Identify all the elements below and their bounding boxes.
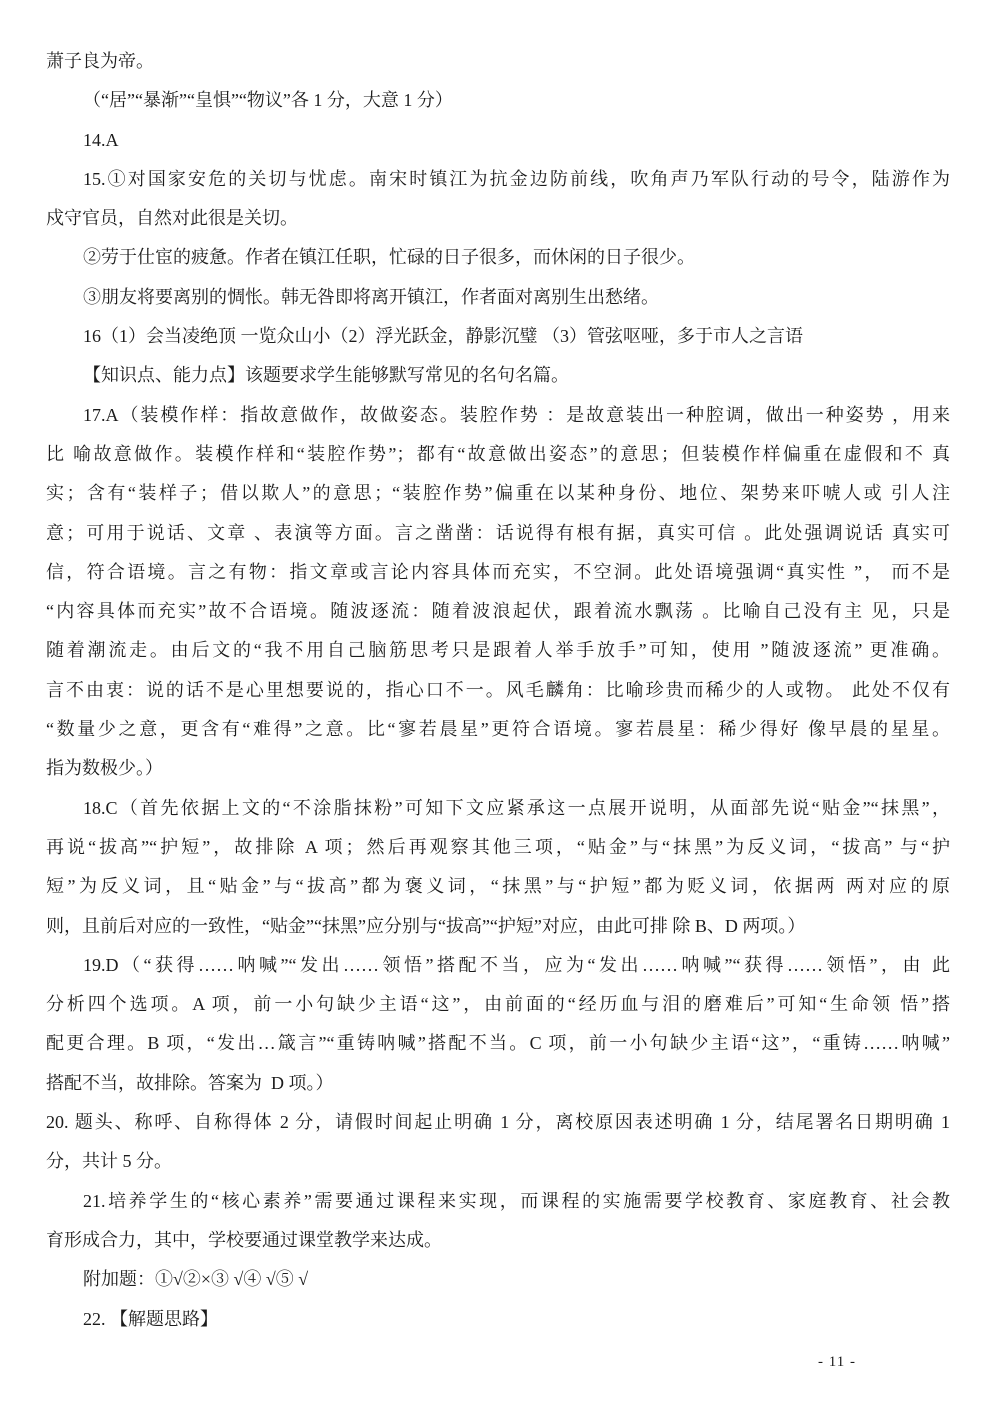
answer-16-knowledge-note-line-1: 【知识点、能力点】该题要求学生能够默写常见的名句名篇。 [46, 356, 950, 395]
answer-17-line-6: “内容具体而充实”故不合语境。随波逐流：随着波浪起伏，跟着流水飘荡 。比喻自己没… [46, 592, 950, 631]
page-number: - 11 - [818, 1352, 856, 1372]
answer-14-line-1: 14.A [46, 121, 950, 160]
answer-20-line-1: 20. 题头、称呼、自称得体 2 分，请假时间起止明确 1 分，离校原因表述明确… [46, 1103, 950, 1142]
answer-19-line-1: 19.D（“获得……呐喊”“发出……领悟”搭配不当，应为“发出……呐喊”“获得…… [46, 946, 950, 985]
answer-18-line-4: 则，且前后对应的一致性，“贴金”“抹黑”应分别与“拔高”“护短”对应，由此可排 … [46, 907, 950, 946]
answer-17-line-7: 随着潮流走。由后文的“我不用自己脑筋思考只是跟着人举手放手”可知，使用 ”随波逐… [46, 631, 950, 670]
answer-15-point2-line-1: ②劳于仕宦的疲惫。作者在镇江任职，忙碌的日子很多，而休闲的日子很少。 [46, 238, 950, 277]
answer-21-line-1: 21.培养学生的“核心素养”需要通过课程来实现，而课程的实施需要学校教育、家庭教… [46, 1182, 950, 1221]
document-body: 萧子良为帝。（“居”“暴渐”“皇惧”“物议”各 1 分，大意 1 分）14.A1… [46, 42, 950, 1339]
answer-19-line-2: 分析四个选项。A 项，前一小句缺少主语“这”，由前面的“经历血与泪的磨难后”可知… [46, 985, 950, 1024]
answer-18-line-1: 18.C（首先依据上文的“不涂脂抹粉”可知下文应紧承这一点展开说明，从面部先说“… [46, 789, 950, 828]
answer-15-point1-line-1: 15.①对国家安危的关切与忧虑。南宋时镇江为抗金边防前线，吹角声乃军队行动的号令… [46, 160, 950, 199]
answer-17-line-1: 17.A（装模作样：指故意做作，故做姿态。装腔作势 ：是故意装出一种腔调，做出一… [46, 396, 950, 435]
answer-17-line-9: “数量少之意，更含有“难得”之意。比“寥若晨星”更符合语境。寥若晨星：稀少得好 … [46, 710, 950, 749]
answer-21-line-2: 育形成合力，其中，学校要通过课堂教学来达成。 [46, 1221, 950, 1260]
answer-17-line-5: 信，符合语境。言之有物：指文章或言论内容具体而充实，不空洞。此处语境强调“真实性… [46, 553, 950, 592]
answer-18-line-2: 再说“拔高”“护短”，故排除 A 项；然后再观察其他三项，“贴金”与“抹黑”为反… [46, 828, 950, 867]
answer-19-line-4: 搭配不当，故排除。答案为 D 项。） [46, 1064, 950, 1103]
answer-17-line-2: 比 喻故意做作。装模作样和“装腔作势”；都有“故意做出姿态”的意思；但装模作样偏… [46, 435, 950, 474]
answer-17-line-3: 实；含有“装样子；借以欺人”的意思；“装腔作势”偏重在以某种身份、地位、架势来吓… [46, 474, 950, 513]
answer-18-line-3: 短”为反义词，且“贴金”与“拔高”都为褒义词，“抹黑”与“护短”都为贬义词，依据… [46, 867, 950, 906]
answer-17-line-8: 言不由衷：说的话不是心里想要说的，指心口不一。风毛麟角：比喻珍贵而稀少的人或物。… [46, 671, 950, 710]
answer-19-line-3: 配更合理。B 项，“发出…箴言”“重铸呐喊”搭配不当。C 项，前一小句缺少主语“… [46, 1024, 950, 1063]
answer-17-line-10: 指为数极少。） [46, 749, 950, 788]
answer-20-line-2: 分，共计 5 分。 [46, 1142, 950, 1181]
answer-15-point3-line-1: ③朋友将要离别的惆怅。韩无咎即将离开镇江，作者面对离别生出愁绪。 [46, 278, 950, 317]
answer-13-score-note-line-1: （“居”“暴渐”“皇惧”“物议”各 1 分，大意 1 分） [46, 81, 950, 120]
answer-15-point1-line-2: 戍守官员，自然对此很是关切。 [46, 199, 950, 238]
answer-13-continuation-line-1: 萧子良为帝。 [46, 42, 950, 81]
answer-22-line-1: 22. 【解题思路】 [46, 1300, 950, 1339]
answer-sheet-page: 萧子良为帝。（“居”“暴渐”“皇惧”“物议”各 1 分，大意 1 分）14.A1… [0, 0, 992, 1403]
answer-bonus-line-1: 附加题：①√②×③ √④ √⑤ √ [46, 1260, 950, 1299]
answer-16-line-1: 16（1）会当凌绝顶 一览众山小（2）浮光跃金，静影沉璧 （3）管弦呕哑，多于市… [46, 317, 950, 356]
answer-17-line-4: 意；可用于说话、文章 、表演等方面。言之凿凿：话说得有根有据，真实可信 。此处强… [46, 514, 950, 553]
